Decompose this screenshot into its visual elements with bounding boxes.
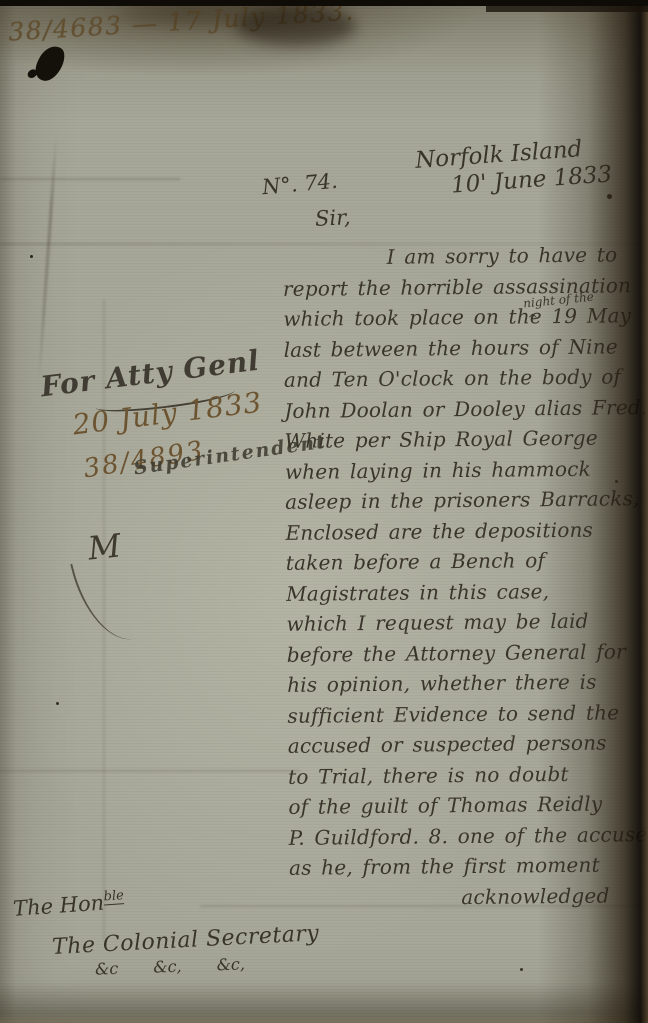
letter-line: White per Ship Royal George [284,422,646,456]
letter-line: before the Attorney General for [287,636,648,670]
letter-line: as he, from the first moment [289,849,648,883]
letter-line: when laying in his hammock [285,453,647,487]
scan-edge-top-right [486,6,648,12]
monogram-flourish [70,550,147,649]
closing-honorific: The Honble [12,888,125,921]
letter-line: Magistrates in this case, [286,575,648,609]
manuscript-letter-page: 38/4683 — 17 July 1833. Norfolk Island 1… [0,0,648,1023]
closing-honorific-text: The Hon [12,891,105,921]
letter-salutation: Sir, [314,205,351,231]
letter-catchword: acknowledged [289,880,648,914]
letter-line: John Doolan or Dooley alias Fred. [284,392,646,426]
letter-line: which took place on the 19 May [283,300,645,334]
ink-blot [32,42,69,86]
closing-honorific-superscript: ble [103,888,124,905]
letter-line: taken before a Bench of [286,544,648,578]
insertion-caret-mark: ^ [527,312,538,327]
letter-line: his opinion, whether there is [287,666,648,700]
paper-specks [30,255,33,258]
letter-line: to Trial, there is no doubt [288,758,648,792]
closing-addressee: The Colonial Secretary [52,921,320,960]
letter-line: I am sorry to have to [282,239,644,273]
ink-smudge [236,6,356,46]
letter-body: night of the ^ I am sorry to have to rep… [282,239,648,914]
letter-line: and Ten O'clock on the body of [284,361,646,395]
letter-line: sufficient Evidence to send the [287,697,648,731]
letter-line: last between the hours of Nine [283,331,645,365]
letter-line: P. Guildford. 8. one of the accused, [289,819,648,853]
paper-crease-vertical [37,125,59,395]
letter-number: N°. 74. [261,169,338,199]
letter-line: accused or suspected persons [288,727,648,761]
letter-line: Enclosed are the depositions [285,514,647,548]
paper-crease-horizontal [0,770,300,772]
letter-line: which I request may be laid [286,605,648,639]
letter-line: asleep in the prisoners Barracks, [285,483,647,517]
paper-crease-horizontal [0,178,180,180]
closing-etcetera-flourishes: &c &c, &c, [95,954,246,978]
letter-line: of the guilt of Thomas Reidly [288,788,648,822]
